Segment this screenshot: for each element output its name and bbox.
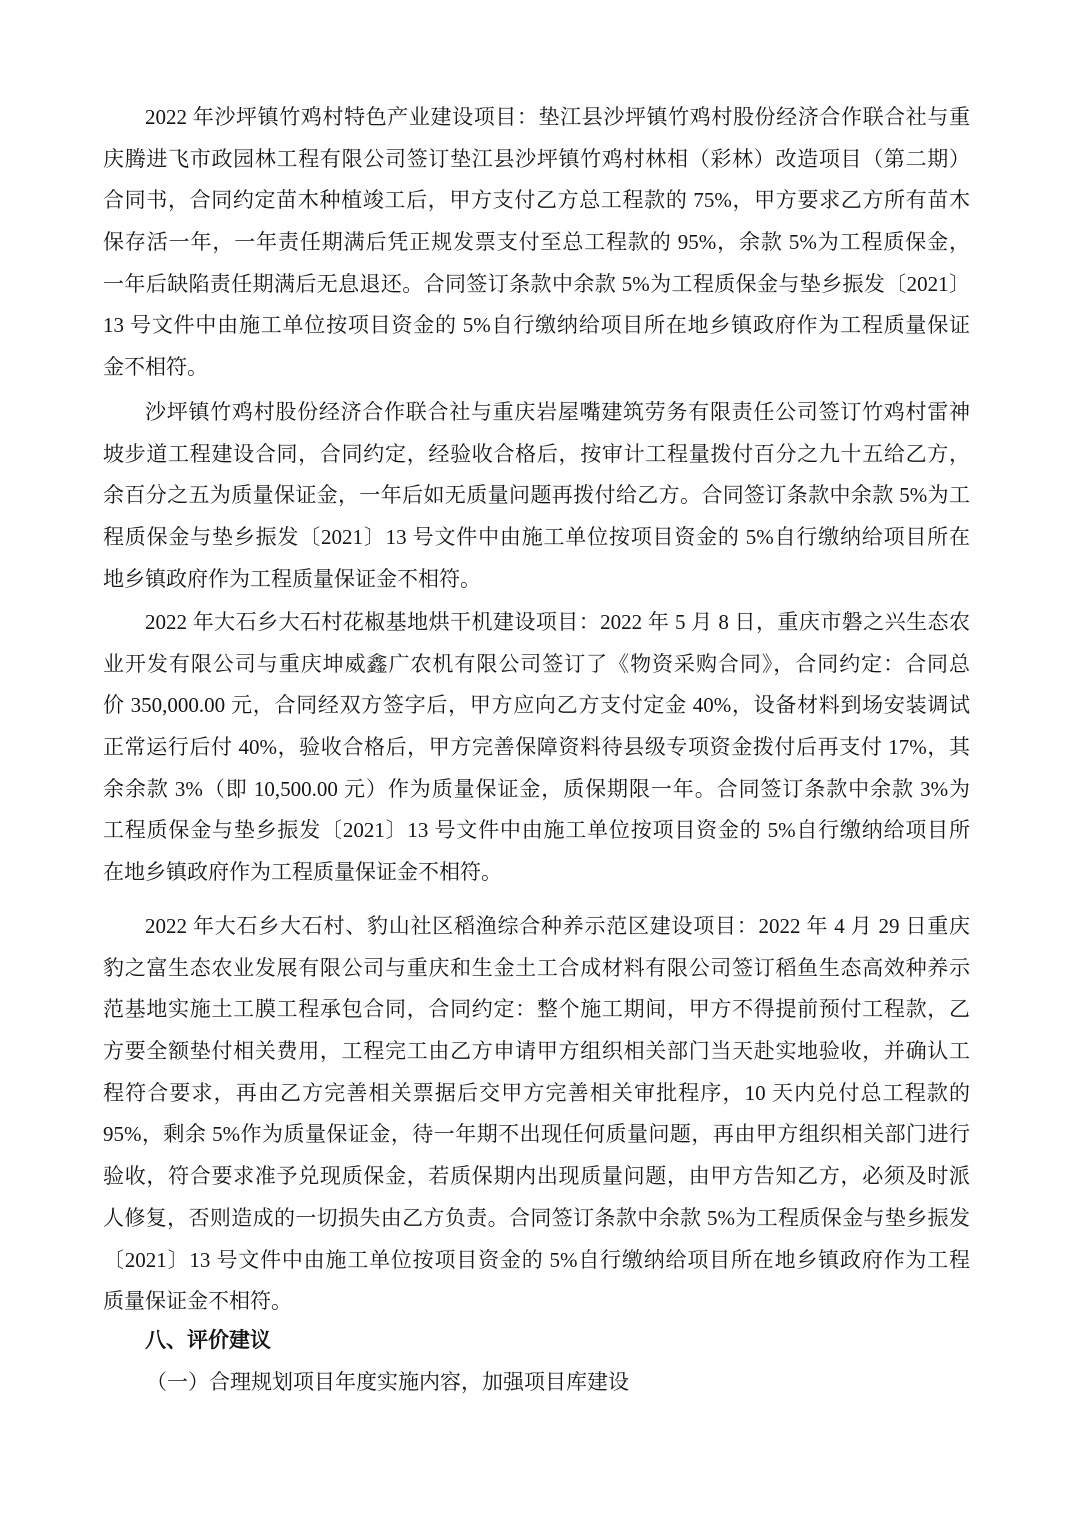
text-line: 13 号文件中由施工单位按项目资金的 5%自行缴纳给项目所在地乡镇政府作为工程质…	[103, 305, 970, 347]
text-line: 验收，符合要求准予兑现质保金，若质保期内出现质量问题，由甲方告知乙方，必须及时派	[103, 1156, 970, 1198]
text-line: 程符合要求，再由乙方完善相关票据后交甲方完善相关审批程序，10 天内兑付总工程款…	[103, 1073, 970, 1115]
text-line: 正常运行后付 40%，验收合格后，甲方完善保障资料待县级专项资金拨付后再支付 1…	[103, 727, 970, 769]
text-line: 业开发有限公司与重庆坤威鑫广农机有限公司签订了《物资采购合同》，合同约定：合同总	[103, 644, 970, 686]
document-page: 2022 年沙坪镇竹鸡村特色产业建设项目：垫江县沙坪镇竹鸡村股份经济合作联合社与…	[0, 0, 1074, 1520]
text-line: 余余款 3%（即 10,500.00 元）作为质量保证金，质保期限一年。合同签订…	[103, 769, 970, 811]
paragraph-rice-fish-demo-project: 2022 年大石乡大石村、豹山社区稻渔综合种养示范区建设项目：2022 年 4 …	[103, 906, 970, 1323]
text-line: 坡步道工程建设合同，合同约定，经验收合格后，按审计工程量拨付百分之九十五给乙方，	[103, 434, 970, 476]
text-line: 人修复，否则造成的一切损失由乙方负责。合同签订条款中余款 5%为工程质保金与垫乡…	[103, 1198, 970, 1240]
subsection-heading: （一）合理规划项目年度实施内容，加强项目库建设	[146, 1361, 629, 1403]
text-line: 方要全额垫付相关费用，工程完工由乙方申请甲方组织相关部门当天赴实地验收，并确认工	[103, 1031, 970, 1073]
text-line: 豹之富生态农业发展有限公司与重庆和生金土工合成材料有限公司签订稻鱼生态高效种养示	[103, 948, 970, 990]
text-line: 地乡镇政府作为工程质量保证金不相符。	[103, 559, 970, 601]
text-line: 金不相符。	[103, 347, 970, 389]
text-line: 2022 年大石乡大石村、豹山社区稻渔综合种养示范区建设项目：2022 年 4 …	[103, 906, 970, 948]
text-line: 程质保金与垫乡振发〔2021〕13 号文件中由施工单位按项目资金的 5%自行缴纳…	[103, 517, 970, 559]
text-line: 〔2021〕13 号文件中由施工单位按项目资金的 5%自行缴纳给项目所在地乡镇政…	[103, 1240, 970, 1282]
text-line: 保存活一年，一年责任期满后凭正规发票支付至总工程款的 95%，余款 5%为工程质…	[103, 222, 970, 264]
text-line: 2022 年大石乡大石村花椒基地烘干机建设项目：2022 年 5 月 8 日，重…	[103, 602, 970, 644]
paragraph-leishen-slope-trail-project: 沙坪镇竹鸡村股份经济合作联合社与重庆岩屋嘴建筑劳务有限责任公司签订竹鸡村雷神 坡…	[103, 392, 970, 600]
text-line: 质量保证金不相符。	[103, 1281, 970, 1323]
text-line: 价 350,000.00 元，合同经双方签字后，甲方应向乙方支付定金 40%，设…	[103, 685, 970, 727]
text-line: 95%，剩余 5%作为质量保证金，待一年期不出现任何质量问题，再由甲方组织相关部…	[103, 1114, 970, 1156]
text-line: 合同书，合同约定苗木种植竣工后，甲方支付乙方总工程款的 75%，甲方要求乙方所有…	[103, 180, 970, 222]
text-line: 庆腾进飞市政园林工程有限公司签订垫江县沙坪镇竹鸡村林相（彩林）改造项目（第二期）	[103, 139, 970, 181]
text-line: 工程质保金与垫乡振发〔2021〕13 号文件中由施工单位按项目资金的 5%自行缴…	[103, 810, 970, 852]
section-heading: 八、评价建议	[145, 1319, 271, 1361]
text-line: 一年后缺陷责任期满后无息退还。合同签订条款中余款 5%为工程质保金与垫乡振发〔2…	[103, 264, 970, 306]
text-line: 沙坪镇竹鸡村股份经济合作联合社与重庆岩屋嘴建筑劳务有限责任公司签订竹鸡村雷神	[103, 392, 970, 434]
text-line: 在地乡镇政府作为工程质量保证金不相符。	[103, 852, 970, 894]
text-line: 范基地实施土工膜工程承包合同，合同约定：整个施工期间，甲方不得提前预付工程款，乙	[103, 989, 970, 1031]
paragraph-zhuji-village-forest-project: 2022 年沙坪镇竹鸡村特色产业建设项目：垫江县沙坪镇竹鸡村股份经济合作联合社与…	[103, 97, 970, 389]
text-line: 余百分之五为质量保证金，一年后如无质量问题再拨付给乙方。合同签订条款中余款 5%…	[103, 475, 970, 517]
paragraph-pepper-dryer-project: 2022 年大石乡大石村花椒基地烘干机建设项目：2022 年 5 月 8 日，重…	[103, 602, 970, 894]
text-line: 2022 年沙坪镇竹鸡村特色产业建设项目：垫江县沙坪镇竹鸡村股份经济合作联合社与…	[103, 97, 970, 139]
